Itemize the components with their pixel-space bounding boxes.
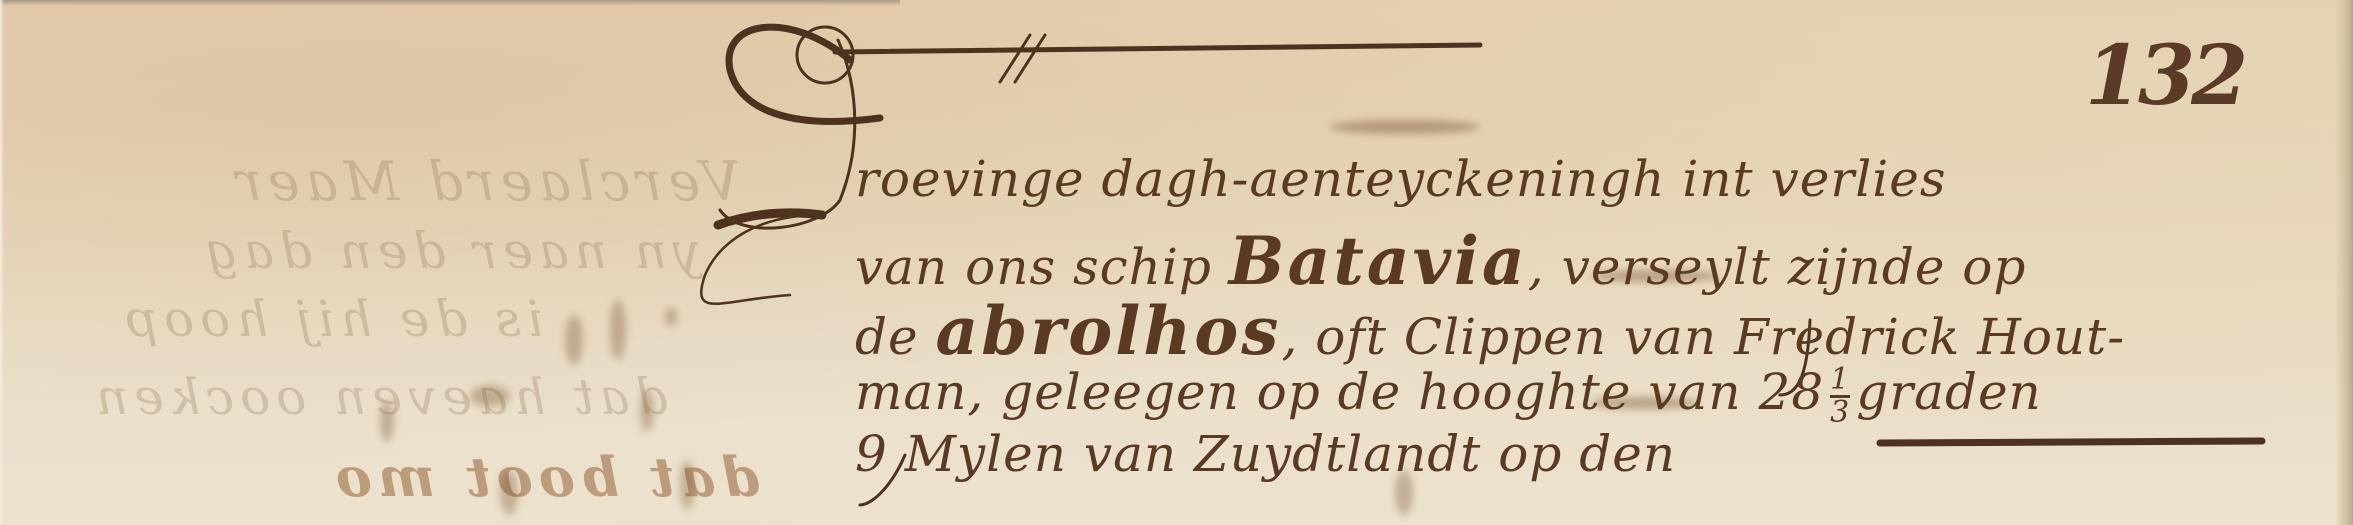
line-2-pre: van ons schip — [855, 238, 1212, 296]
manuscript-line-1: roevinge dagh-aenteyckeningh int verlies — [855, 150, 1947, 208]
manuscript-line-4: man, geleegen op de hooghte van 2813grad… — [855, 363, 2042, 428]
manuscript-line-2: van ons schip Batavia, verseylt zijnde o… — [855, 222, 2026, 300]
fraction-numerator: 1 — [1830, 365, 1850, 395]
fraction-denominator: 3 — [1830, 398, 1850, 428]
line-4-pre: man, geleegen op de hooghte van 28 — [855, 363, 1824, 421]
line-2-post: , verseylt zijnde op — [1528, 238, 2027, 296]
line-3-pre: de — [855, 308, 919, 366]
ship-name-batavia: Batavia — [1229, 222, 1528, 300]
place-name-abrolhos: abrolhos — [936, 292, 1282, 370]
line-3-post: , oft Clippen van Fredrick Hout- — [1281, 308, 2125, 366]
line-4-post: graden — [1856, 363, 2042, 421]
manuscript-line-5: 9 Mylen van Zuydtlandt op den — [855, 425, 1676, 483]
line-1-text: roevinge dagh-aenteyckeningh int verlies — [855, 150, 1947, 208]
folio-number: 132 — [2085, 28, 2244, 124]
line-5-text: 9 Mylen van Zuydtlandt op den — [855, 425, 1676, 483]
latitude-fraction: 13 — [1830, 365, 1850, 428]
manuscript-page: Verclaerd Maer yn naer den dag is de hij… — [0, 0, 2353, 525]
manuscript-line-3: de abrolhos, oft Clippen van Fredrick Ho… — [855, 292, 2125, 370]
